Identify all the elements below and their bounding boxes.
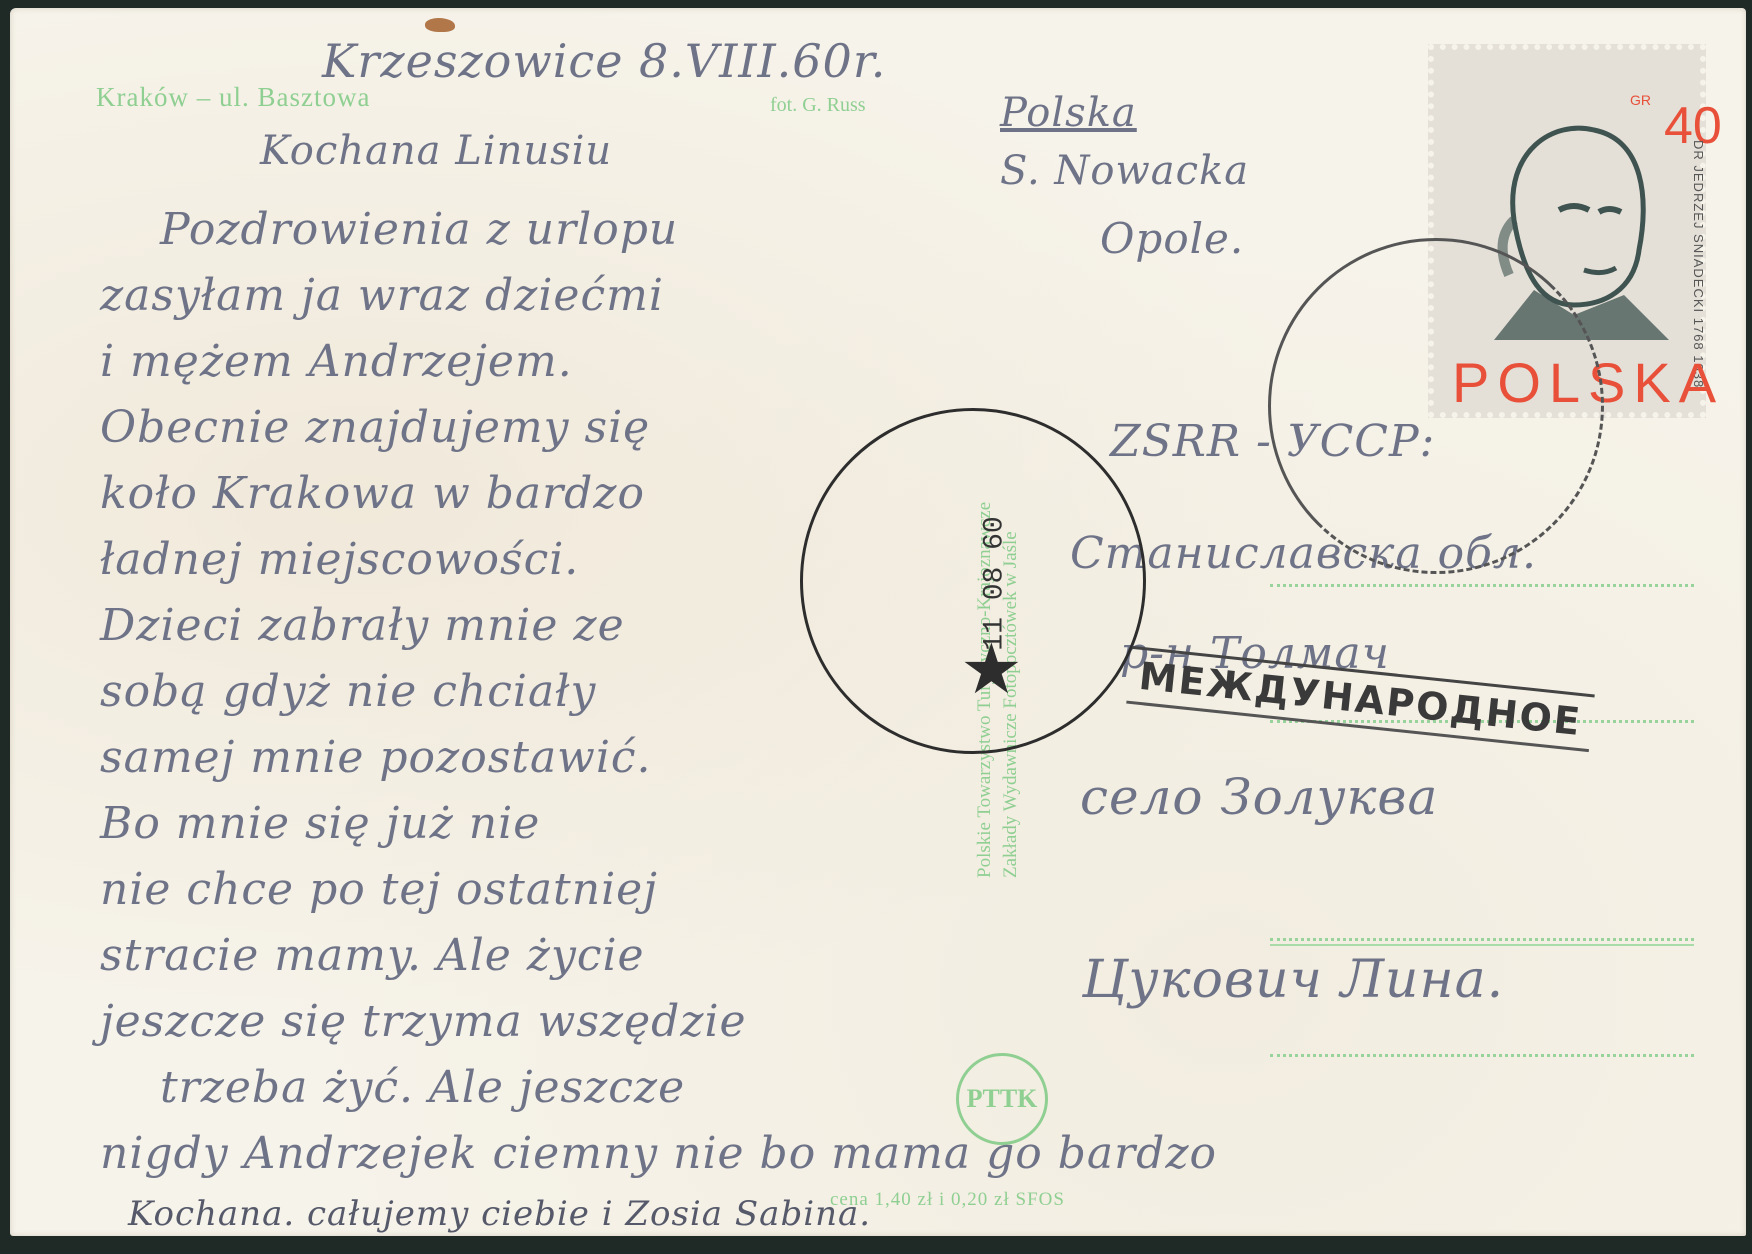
address-line [1270,944,1694,946]
closing-line: Kochana. całujemy ciebie i Zosia Sabina. [128,1194,871,1234]
message-line: i mężem Andrzejem. [100,336,573,387]
message-line: ładnej miejscowości. [100,534,579,585]
address-line [1270,938,1694,941]
rust-stain [425,18,455,32]
message-line: Bo mnie się już nie [100,798,540,849]
sender-name: S. Nowacka [1000,148,1249,194]
star-icon: ★ [960,628,1023,711]
sender-city: Opole. [1100,214,1244,263]
postcard: Kraków – ul. Basztowa fot. G. Russ Polsk… [10,8,1746,1236]
message-line: Pozdrowienia z urlopu [160,204,678,255]
address-line [1270,1054,1694,1057]
message-line: koło Krakowa w bardzo [100,468,645,519]
recipient-name: Цукович Лина. [1082,950,1504,1010]
message-line: Dzieci zabrały mnie ze [100,600,625,651]
message-line: stracie mamy. Ale życie [100,930,645,981]
recipient-village: село Золуква [1080,768,1438,826]
address-line [1270,584,1694,587]
message-line: samej mnie pozostawić. [100,732,652,783]
message-line: nigdy Andrzejek ciemny nie bo mama go ba… [100,1128,1217,1179]
photographer-credit: fot. G. Russ [770,94,866,117]
salutation: Kochana Linusiu [260,128,612,174]
polish-postmark [1268,238,1604,574]
sender-country: Polska [1000,90,1137,136]
message-line: nie chce po tej ostatniej [100,864,658,915]
message-line: sobą gdyż nie chciały [100,666,596,717]
message-line: trzeba żyć. Ale jeszcze [160,1062,685,1113]
message-line: Obecnie znajdujemy się [100,402,650,453]
message-line: jeszcze się trzyma wszędzie [100,996,747,1047]
message-line: zasyłam ja wraz dziećmi [100,270,664,321]
place-date: Krzeszowice 8.VIII.60r. [322,34,886,88]
